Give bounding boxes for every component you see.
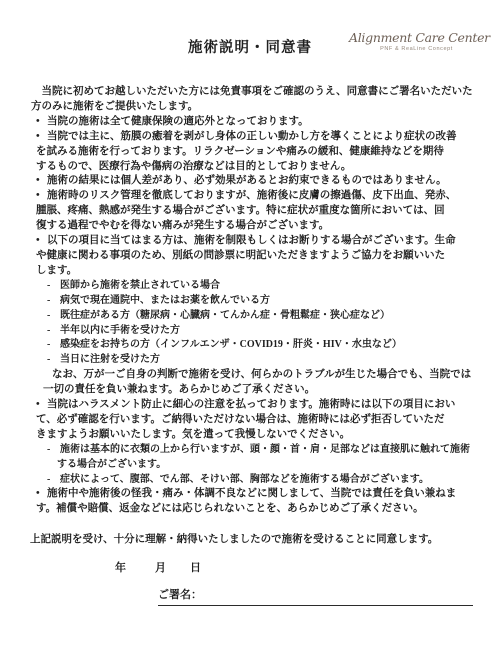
sublist-item-text: 感染症をお持ちの方（インフルエンザ・COVID19・肝炎・HIV・水虫など） [60,339,402,350]
sublist-item-text: 病気で現在通院中、またはお薬を飲んでいる方 [60,295,270,306]
bullet-marker: • [36,174,47,189]
sublist-item: -既往症がある方（糖尿病・心臓病・てんかん症・骨粗鬆症・狭心症など） [57,309,474,324]
list-item: •当院はハラスメント防止に細心の注意を払っております。施術時には以下の項目におい… [36,398,474,443]
document-body: 当院に初めてお越しいただいた方には免責事項をご確認のうえ、同意書にご署名いただい… [31,85,474,517]
signature-line: ご署名： [158,586,473,606]
agreement-statement: 上記説明を受け、十分に理解・納得いたしましたので施術を受けることに同意します。 [30,531,490,546]
date-day-label: 日 [190,562,201,574]
date-row: 年月日 [31,559,201,575]
liability-note: なお、万が一ご自身の判断で施術を受け、何らかのトラブルが生じた場合でも、当院では… [43,368,474,398]
bullet-marker: • [36,398,47,413]
list-item-text: 当院はハラスメント防止に細心の注意を払っております。施術時には以下の項目におい … [36,399,455,440]
list-item: •施術中や施術後の怪我・痛み・体調不良などに関しまして、当院では責任を負い兼ねま… [36,487,474,517]
sublist-item-text: 症状によって、腹部、でん部、そけい部、胸部などを施術する場合がございます。 [60,474,429,485]
dash-marker: - [47,324,60,339]
clinic-logo-tagline: PNF & ReaLine Concept [349,46,484,52]
list-item-text: 以下の項目に当てはまる方は、施術を制限もしくはお断りする場合がございます。生命 … [36,235,456,276]
consent-document: 施術説明・同意書 Alignment Care Center PNF & Rea… [0,0,500,647]
dash-marker: - [47,279,60,294]
signature-label: ご署名： [158,589,202,601]
bullet-marker: • [36,234,47,249]
date-year-label: 年 [115,562,126,574]
list-item: •施術の結果には個人差があり、必ず効果があるとお約束できるものではありません。 [36,174,474,189]
list-item-text: 施術時のリスク管理を徹底しておりますが、施術後に皮膚の擦過傷、皮下出血、発赤、 … [36,190,456,231]
dash-marker: - [47,294,60,309]
dash-marker: - [47,338,60,353]
clinic-logo-name: Alignment Care Center [349,30,484,45]
dash-marker: - [47,473,60,488]
sublist-item-text: 施術は基本的に衣類の上から行いますが、頭・顔・首・肩・足部などは直接肌に触れて施… [57,444,470,470]
sublist-item: -施術は基本的に衣類の上から行いますが、頭・顔・首・肩・足部などは直接肌に触れて… [57,443,474,473]
list-item: •当院の施術は全て健康保険の適応外となっております。 [36,115,474,130]
sublist-item: -医師から施術を禁止されている場合 [57,279,474,294]
list-item-text: 当院では主に、筋膜の癒着を剥がし身体の正しい動かし方を導くことにより症状の改善 … [36,131,457,172]
sublist-item: -症状によって、腹部、でん部、そけい部、胸部などを施術する場合がございます。 [57,473,474,488]
list-item: •当院では主に、筋膜の癒着を剥がし身体の正しい動かし方を導くことにより症状の改善… [36,130,474,175]
list-item-text: 当院の施術は全て健康保険の適応外となっております。 [47,116,309,127]
sublist-item-text: 当日に注射を受けた方 [60,354,160,365]
sublist-item: -当日に注射を受けた方 [57,353,474,368]
restriction-sublist: -医師から施術を禁止されている場合 -病気で現在通院中、またはお薬を飲んでいる方… [31,279,474,368]
sublist-item: -感染症をお持ちの方（インフルエンザ・COVID19・肝炎・HIV・水虫など） [57,338,474,353]
bullet-marker: • [36,115,47,130]
sublist-item: -半年以内に手術を受けた方 [57,324,474,339]
sublist-item-text: 既往症がある方（糖尿病・心臓病・てんかん症・骨粗鬆症・狭心症など） [60,310,390,321]
bullet-marker: • [36,487,47,502]
dash-marker: - [47,353,60,368]
list-item-text: 施術の結果には個人差があり、必ず効果があるとお約束できるものではありません。 [47,175,447,186]
intro-paragraph: 当院に初めてお越しいただいた方には免責事項をご確認のうえ、同意書にご署名いただい… [31,85,474,115]
list-item-text: 施術中や施術後の怪我・痛み・体調不良などに関しまして、当院では責任を負い兼ねま … [36,488,456,514]
sublist-item-text: 医師から施術を禁止されている場合 [60,280,220,291]
harassment-sublist: -施術は基本的に衣類の上から行いますが、頭・顔・首・肩・足部などは直接肌に触れて… [31,443,474,488]
document-header: 施術説明・同意書 Alignment Care Center PNF & Rea… [0,36,500,82]
list-item: •以下の項目に当てはまる方は、施術を制限もしくはお断りする場合がございます。生命… [36,234,474,279]
sublist-item-text: 半年以内に手術を受けた方 [60,325,180,336]
bullet-marker: • [36,130,47,145]
dash-marker: - [47,309,60,324]
dash-marker: - [47,443,60,458]
sublist-item: -病気で現在通院中、またはお薬を飲んでいる方 [57,294,474,309]
list-item: •施術時のリスク管理を徹底しておりますが、施術後に皮膚の擦過傷、皮下出血、発赤、… [36,189,474,234]
clinic-logo: Alignment Care Center PNF & ReaLine Conc… [349,30,484,52]
bullet-marker: • [36,189,47,204]
date-month-label: 月 [155,562,166,574]
